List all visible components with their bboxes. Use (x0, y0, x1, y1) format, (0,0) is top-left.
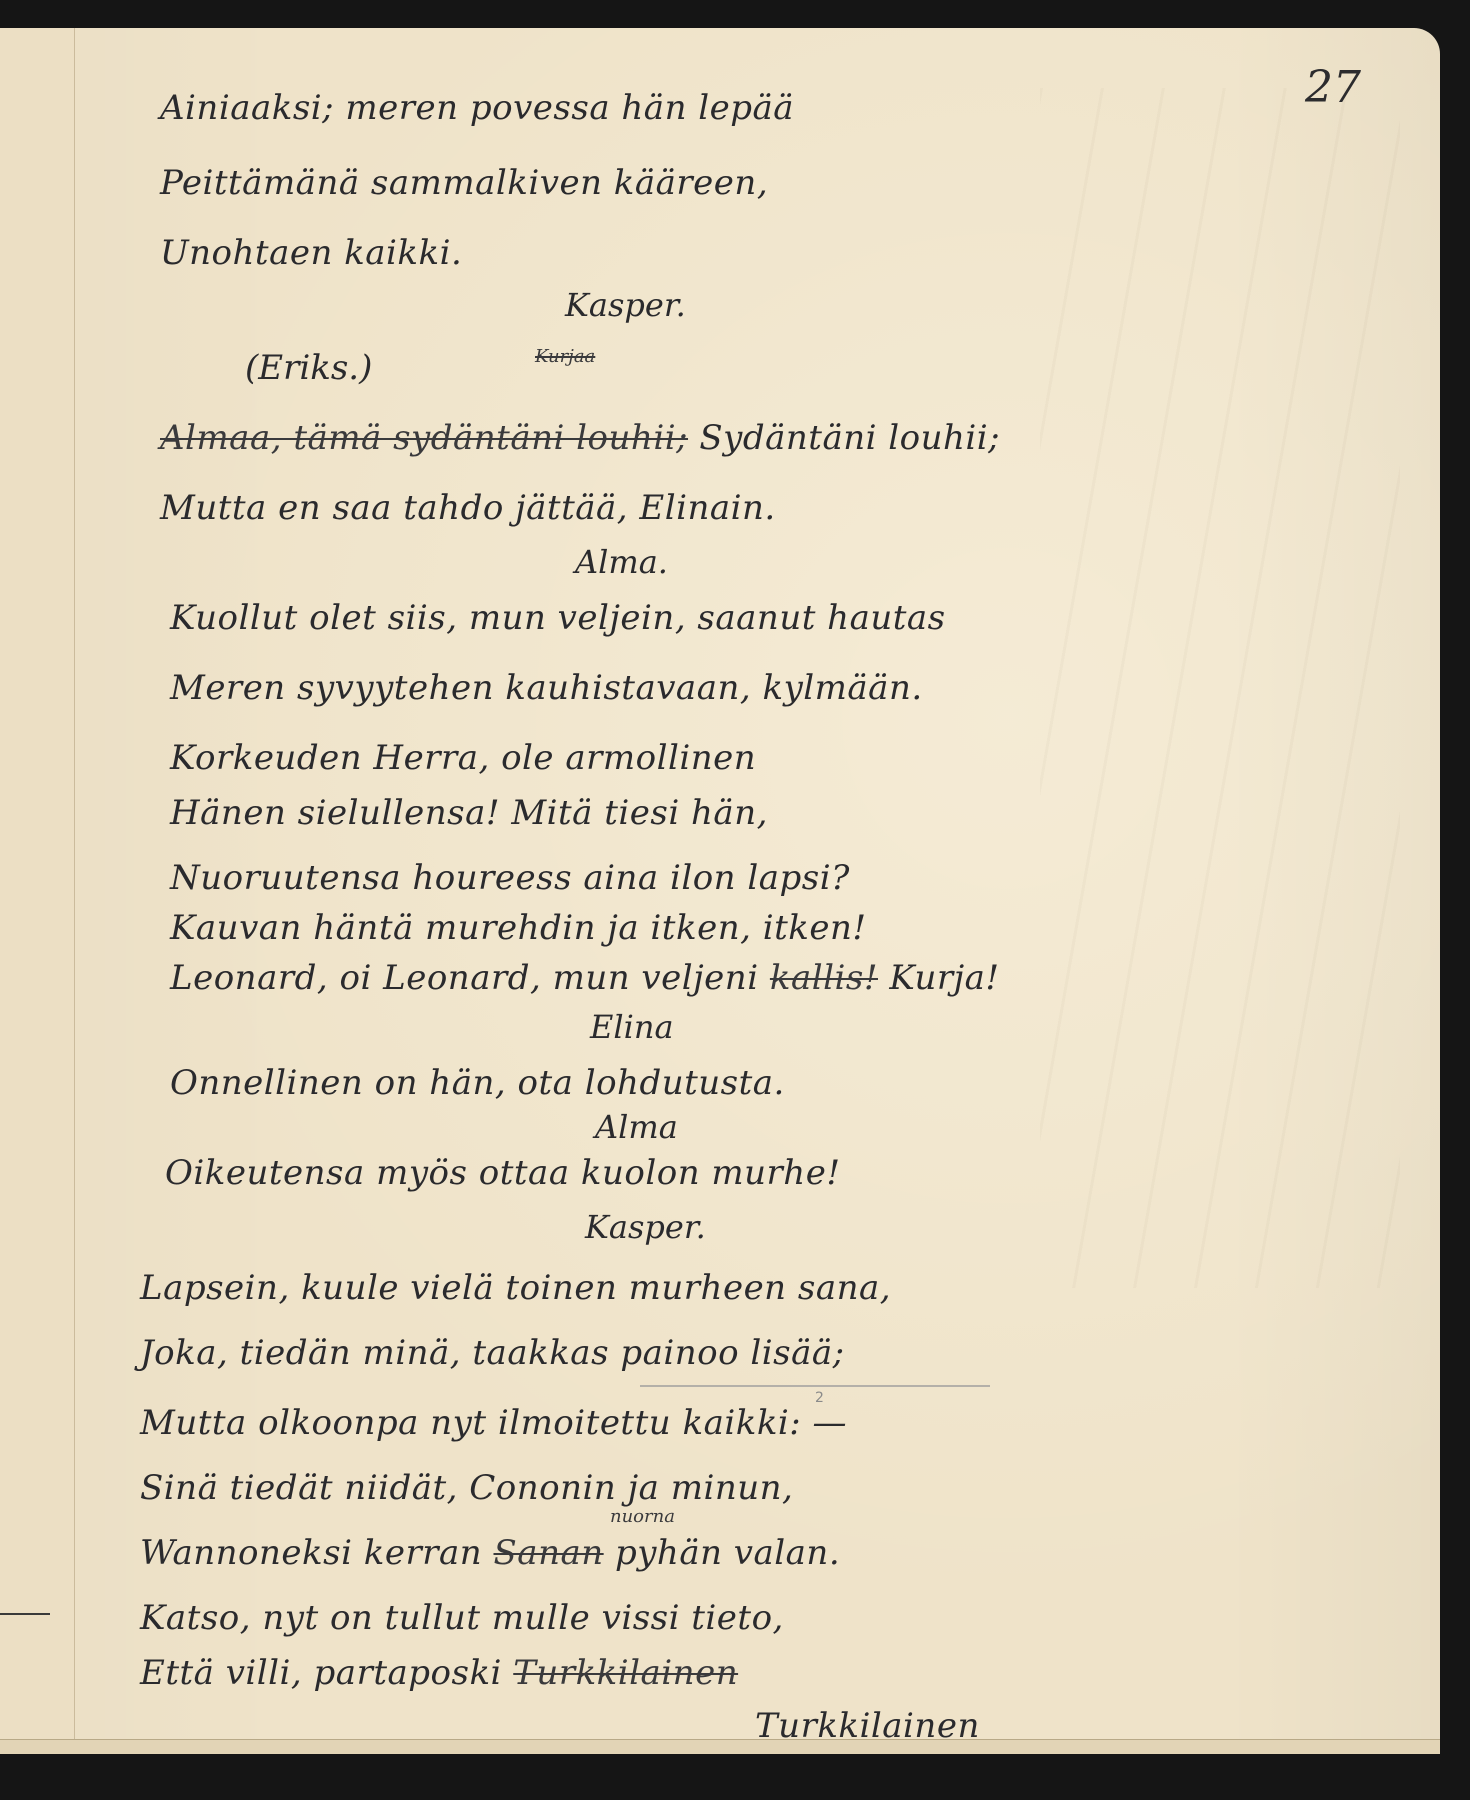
struck-text: kallis! (770, 958, 878, 998)
pencil-underline (640, 1385, 990, 1387)
verse-line: Oikeutensa myös ottaa kuolon murhe! (165, 1153, 841, 1193)
ink-bleed-through (1040, 88, 1400, 1288)
verse-line: Meren syvyytehen kauhistavaan, kylmään. (170, 668, 923, 708)
verse-line: Sinä tiedät niidät, Cononin ja minun, (140, 1468, 793, 1508)
speaker-label: Alma (595, 1108, 678, 1146)
verse-line: Unohtaen kaikki. (160, 233, 462, 273)
verse-line: Peittämänä sammalkiven kääreen, (160, 163, 768, 203)
manuscript-scan: 27 Ainiaaksi; meren povessa hän lepää Pe… (0, 0, 1470, 1800)
struck-text: Sanan (494, 1533, 604, 1573)
verse-line-with-deletion: Almaa, tämä sydäntäni louhii; Sydäntäni … (160, 418, 1000, 458)
verse-line: Lapsein, kuule vielä toinen murheen sana… (140, 1268, 891, 1308)
insertion-above-line: nuorna (610, 1506, 675, 1527)
struck-text: Almaa, tämä sydäntäni louhii; (160, 418, 688, 458)
line-text-after: pyhän valan. (615, 1533, 840, 1573)
speaker-label: Alma. (575, 543, 668, 581)
verse-line-with-deletion: Wannoneksi kerran Sanan pyhän valan. (140, 1533, 840, 1573)
stage-annotation: (Eriks.) (245, 348, 372, 388)
speaker-label: Elina (590, 1008, 674, 1046)
struck-insertion: Kurjaa (535, 346, 595, 367)
verse-line-with-deletion: Että villi, partaposki Turkkilainen (140, 1653, 738, 1693)
left-leaf-ink-dash (0, 1613, 50, 1615)
verse-line: Ainiaaksi; meren povessa hän lepää (160, 88, 794, 128)
verse-line: Onnellinen on hän, ota lohdutusta. (170, 1063, 785, 1103)
verse-line: Mutta olkoonpa nyt ilmoitettu kaikki: — (140, 1403, 847, 1443)
verse-line: Hänen sielullensa! Mitä tiesi hän, (170, 793, 768, 833)
verse-line: Kuollut olet siis, mun veljein, saanut h… (170, 598, 946, 638)
verse-line: Joka, tiedän minä, taakkas painoo lisää; (140, 1333, 845, 1373)
line-text-before: Wannoneksi kerran (140, 1533, 482, 1573)
speaker-label: Kasper. (585, 1208, 706, 1246)
line-text-before: Että villi, partaposki (140, 1653, 502, 1693)
replacement-text: Sydäntäni louhii; (699, 418, 1000, 458)
line-text-before: Leonard, oi Leonard, mun veljeni (170, 958, 759, 998)
verse-line: Nuoruutensa houreess aina ilon lapsi? (170, 858, 850, 898)
verse-line: Korkeuden Herra, ole armollinen (170, 738, 756, 778)
manuscript-page: 27 Ainiaaksi; meren povessa hän lepää Pe… (0, 28, 1440, 1754)
line-text-after: Kurja! (889, 958, 999, 998)
speaker-label: Kasper. (565, 286, 686, 324)
verse-line: Mutta en saa tahdo jättää, Elinain. (160, 488, 776, 528)
page-number: 27 (1305, 62, 1361, 113)
page-bottom-edge (0, 1739, 1440, 1754)
struck-text: Turkkilainen (513, 1653, 738, 1693)
verse-line: Kauvan häntä murehdin ja itken, itken! (170, 908, 867, 948)
binding-fold-left-leaf (0, 28, 75, 1754)
verse-line: Katso, nyt on tullut mulle vissi tieto, (140, 1598, 784, 1638)
verse-line-with-deletion: Leonard, oi Leonard, mun veljeni kallis!… (170, 958, 1000, 998)
